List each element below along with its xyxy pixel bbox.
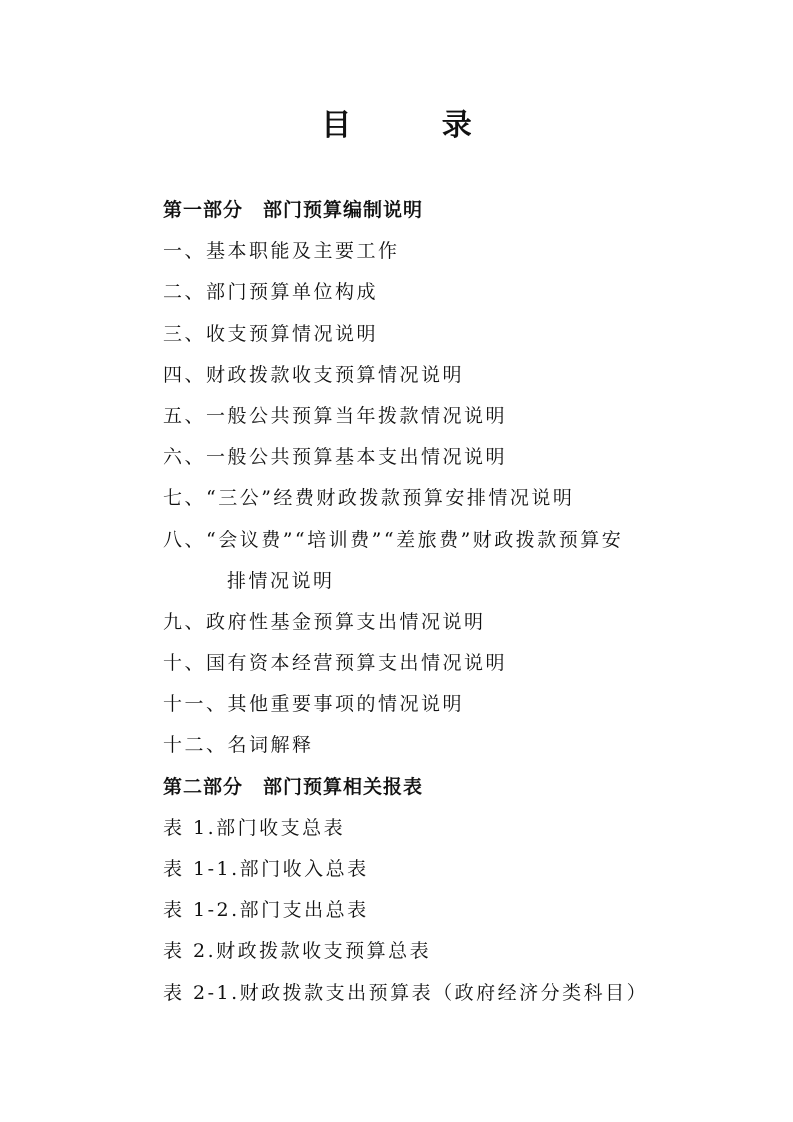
toc-item: 表 1.部门收支总表 [163, 808, 723, 849]
toc-item: 四、财政拨款收支预算情况说明 [163, 355, 723, 396]
toc-item: 十一、其他重要事项的情况说明 [163, 684, 723, 725]
toc-item: 八、“会议费”“培训费”“差旅费”财政拨款预算安 [163, 520, 723, 561]
toc-item: 十二、名词解释 [163, 725, 723, 766]
toc-item: 七、“三公”经费财政拨款预算安排情况说明 [163, 478, 723, 519]
toc-part-1-heading: 第一部分 部门预算编制说明 [163, 190, 723, 231]
toc-item: 二、部门预算单位构成 [163, 272, 723, 313]
toc-item: 五、一般公共预算当年拨款情况说明 [163, 396, 723, 437]
toc-item: 十、国有资本经营预算支出情况说明 [163, 643, 723, 684]
toc-item: 表 1-2.部门支出总表 [163, 890, 723, 931]
table-of-contents: 第一部分 部门预算编制说明 一、基本职能及主要工作 二、部门预算单位构成 三、收… [163, 190, 723, 1014]
toc-item: 表 2-1.财政拨款支出预算表（政府经济分类科目） [163, 973, 723, 1014]
toc-item: 表 1-1.部门收入总表 [163, 849, 723, 890]
page-title: 目 录 [0, 100, 793, 144]
toc-item: 一、基本职能及主要工作 [163, 231, 723, 272]
toc-part-2-heading: 第二部分 部门预算相关报表 [163, 767, 723, 808]
toc-item: 表 2.财政拨款收支预算总表 [163, 931, 723, 972]
toc-item: 九、政府性基金预算支出情况说明 [163, 602, 723, 643]
toc-item-continuation: 排情况说明 [163, 561, 723, 602]
toc-item: 三、收支预算情况说明 [163, 314, 723, 355]
toc-item: 六、一般公共预算基本支出情况说明 [163, 437, 723, 478]
